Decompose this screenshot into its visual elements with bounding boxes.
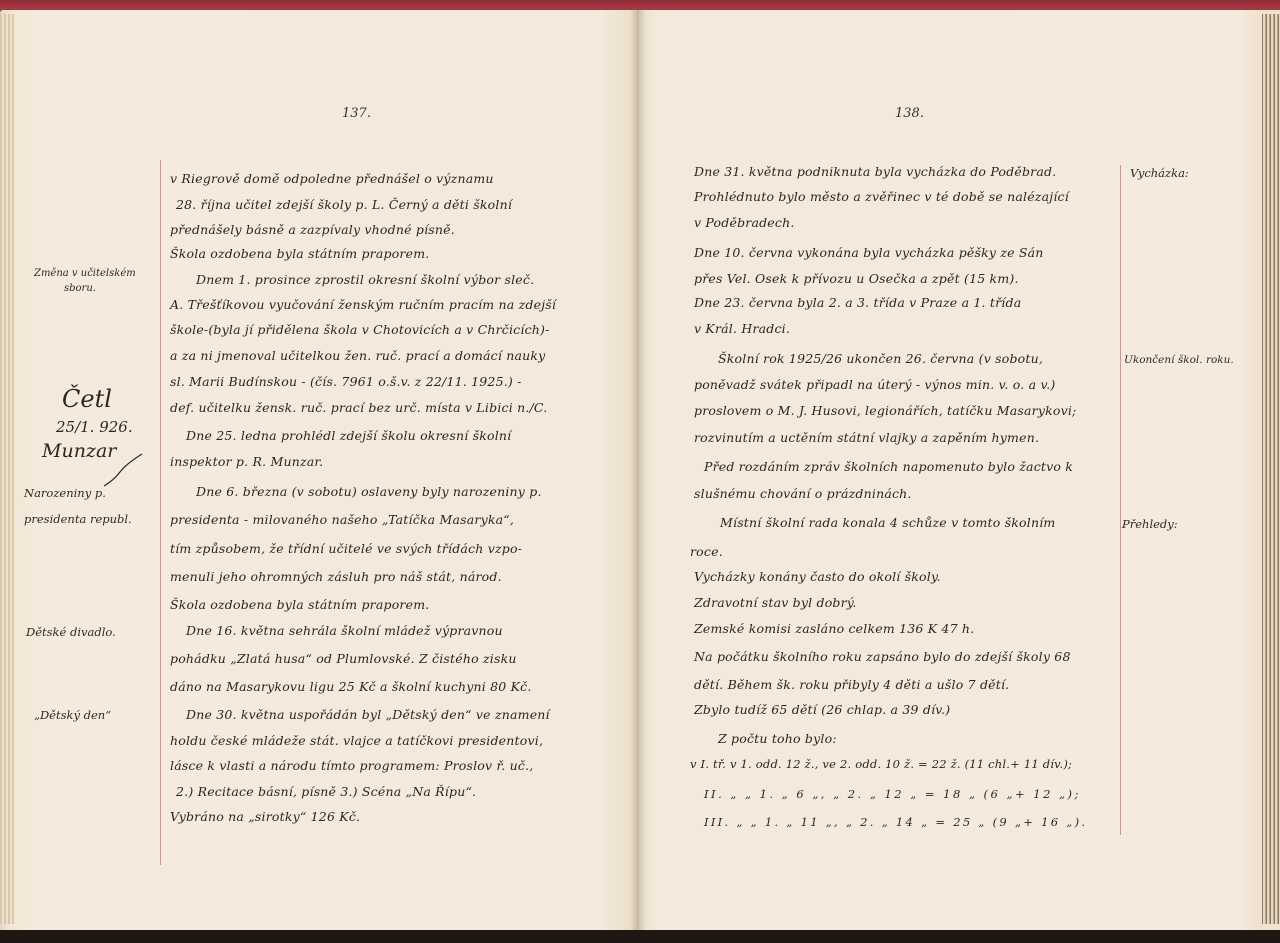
margin-note-president-birthday: Narozeniny p. — [24, 486, 106, 500]
text-line: holdu české mládeže stát. vlajce a tatíč… — [170, 733, 543, 748]
text-line: a za ni jmenoval učitelkou žen. ruč. pra… — [170, 348, 545, 363]
inspection-date: 25/1. 926. — [56, 418, 133, 436]
text-line: Školní rok 1925/26 ukončen 26. června (v… — [718, 351, 1043, 366]
margin-note-teacher-change-2: sboru. — [64, 283, 96, 294]
text-line: Místní školní rada konala 4 schůze v tom… — [720, 515, 1055, 530]
right-page-number: 138. — [895, 106, 924, 121]
margin-note-overviews: Přehledy: — [1122, 517, 1178, 531]
text-line: Dne 31. května podniknuta byla vycházka … — [694, 164, 1056, 179]
text-line: přes Vel. Osek k přívozu u Osečka a zpět… — [694, 271, 1019, 286]
text-line: rozvinutím a uctěním státní vlajky a zap… — [694, 430, 1039, 445]
text-line: sl. Marii Budínskou - (čís. 7961 o.š.v. … — [170, 374, 522, 389]
left-margin-rule — [160, 160, 161, 865]
text-line: Prohlédnuto bylo město a zvěřinec v té d… — [694, 189, 1069, 204]
text-line: v Riegrově domě odpoledne přednášel o vý… — [170, 171, 494, 186]
book-cover-bottom — [0, 928, 1280, 943]
text-line: roce. — [690, 544, 723, 559]
text-line: v Poděbradech. — [694, 215, 795, 230]
book-gutter — [630, 10, 646, 930]
text-line: dětí. Během šk. roku přibyly 4 děti a uš… — [694, 677, 1009, 692]
text-line: Dne 6. března (v sobotu) oslaveny byly n… — [196, 484, 542, 499]
text-line: Na počátku školního roku zapsáno bylo do… — [694, 649, 1071, 664]
text-line: Dne 16. května sehrála školní mládež výp… — [186, 623, 503, 638]
text-line: Zemské komisi zasláno celkem 136 K 47 h. — [694, 621, 974, 636]
text-line: menuli jeho ohromných zásluh pro náš stá… — [170, 569, 502, 584]
inspector-signature-read: Četl — [62, 385, 112, 413]
text-line: Dne 30. května uspořádán byl „Dětský den… — [186, 707, 550, 722]
text-line: škole-(byla jí přidělena škola v Chotovi… — [170, 322, 550, 337]
left-page-edges — [0, 14, 14, 924]
text-line: Zbylo tudíž 65 dětí (26 chlap. a 39 dív.… — [694, 702, 950, 717]
text-line: 2.) Recitace básní, písně 3.) Scéna „Na … — [176, 784, 476, 799]
stats-row-class-1: v I. tř. v 1. odd. 12 ž., ve 2. odd. 10 … — [690, 757, 1072, 771]
text-line: tím způsobem, že třídní učitelé ve svých… — [170, 541, 522, 556]
text-line: Vycházky konány často do okolí školy. — [694, 569, 941, 584]
text-line: v Král. Hradci. — [694, 321, 790, 336]
stats-row-class-2: II. „ „ 1. „ 6 „, „ 2. „ 12 „ = 18 „ (6 … — [704, 787, 1081, 801]
text-line: Škola ozdobena byla státním praporem. — [170, 246, 429, 261]
text-line: Zdravotní stav byl dobrý. — [694, 595, 857, 610]
text-line: Dne 10. června vykonána byla vycházka pě… — [694, 245, 1044, 260]
margin-note-children-theatre: Dětské divadlo. — [26, 625, 116, 639]
stats-row-class-3: III. „ „ 1. „ 11 „, „ 2. „ 14 „ = 25 „ (… — [704, 815, 1087, 829]
margin-note-excursion: Vycházka: — [1130, 166, 1189, 180]
signature-flourish-icon — [96, 450, 146, 490]
text-line: Dnem 1. prosince zprostil okresní školní… — [196, 272, 534, 287]
text-line: pohádku „Zlatá husa“ od Plumlovské. Z či… — [170, 651, 517, 666]
right-page-edges — [1262, 14, 1280, 924]
text-line: A. Třešťíkovou vyučování ženským ručním … — [170, 297, 556, 312]
text-line: Dne 25. ledna prohlédl zdejší školu okre… — [186, 428, 511, 443]
text-line: dáno na Masarykovu ligu 25 Kč a školní k… — [170, 679, 532, 694]
text-line: poněvadž svátek připadl na úterý - výnos… — [694, 377, 1055, 392]
margin-note-president-birthday-2: presidenta republ. — [24, 512, 132, 526]
text-line: lásce k vlasti a národu tímto programem:… — [170, 758, 533, 773]
text-line: slušnému chování o prázdninách. — [694, 486, 912, 501]
text-line: Vybráno na „sirotky“ 126 Kč. — [170, 809, 360, 824]
text-line: proslovem o M. J. Husovi, legionářích, t… — [694, 403, 1076, 418]
margin-note-school-year-end: Ukončení škol. roku. — [1124, 354, 1234, 366]
text-line: Dne 23. června byla 2. a 3. třída v Praz… — [694, 295, 1021, 310]
right-margin-rule — [1120, 165, 1121, 835]
text-line: Z počtu toho bylo: — [718, 731, 837, 746]
left-page-number: 137. — [342, 106, 371, 121]
margin-note-childrens-day: „Dětský den“ — [34, 708, 111, 722]
margin-note-teacher-change: Změna v učitelském — [34, 268, 136, 279]
text-line: 28. října učitel zdejší školy p. L. Čern… — [176, 197, 512, 212]
text-line: Před rozdáním zpráv školních napomenuto … — [704, 459, 1073, 474]
text-line: def. učitelku žensk. ruč. prací bez urč.… — [170, 400, 547, 415]
text-line: inspektor p. R. Munzar. — [170, 454, 323, 469]
text-line: presidenta - milovaného našeho „Tatíčka … — [170, 512, 514, 527]
text-line: přednášely básně a zazpívaly vhodné písn… — [170, 222, 455, 237]
text-line: Škola ozdobena byla státním praporem. — [170, 597, 429, 612]
